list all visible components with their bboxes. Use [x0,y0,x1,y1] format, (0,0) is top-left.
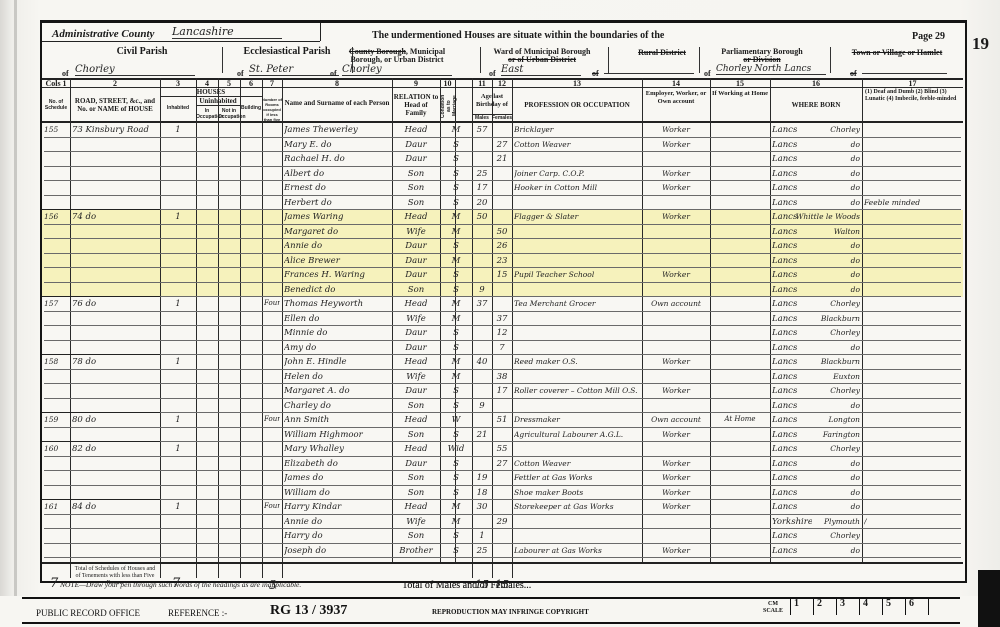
age-male: 40 [474,357,490,367]
occupation: Shoe maker Boots [514,488,640,497]
footer-reference-label: REFERENCE :- [168,608,227,618]
birth-place: Chorley [772,125,860,134]
marital-condition: S [442,198,470,208]
person-name: Ellen do [284,314,390,324]
marital-condition: Wid [442,444,470,454]
relation-to-head: Daur [394,270,438,280]
birth-place: do [772,473,860,482]
town-village-prefix: of [850,69,857,78]
age-male: 1 [474,531,490,541]
scale-mark: 2 [813,598,835,615]
inhabited-count: 1 [162,299,194,309]
marital-condition: S [442,343,470,353]
col-address-header: ROAD, STREET, &c., and No. or NAME of HO… [71,97,159,113]
ward-label: Ward of Municipal Borough or of Urban Di… [482,48,602,64]
scale-mark-end [928,598,958,615]
birth-place: do [772,198,860,207]
schedule-number: 156 [44,212,68,221]
household-rule [42,412,160,413]
age-male: 21 [474,430,490,440]
birth-place: do [772,241,860,250]
birth-place: do [772,401,860,410]
relation-to-head: Son [394,473,438,483]
column-number: 4 [196,79,218,88]
relation-to-head: Head [394,444,438,454]
footer-scale-label: CM SCALE [762,601,784,615]
parliamentary-label-struck: or Division [743,55,780,64]
inhabited-count: 1 [162,125,194,135]
rooms-count: Four [264,415,280,423]
column-number: 14 [642,79,710,88]
person-name: Alice Brewer [284,256,390,266]
age-male: 37 [474,299,490,309]
age-male: 25 [474,546,490,556]
relation-to-head: Son [394,169,438,179]
person-name: Mary Whalley [284,444,390,454]
rooms-count: Four [264,502,280,510]
column-number: 3 [160,79,196,88]
birth-place: Whittle le Woods [772,212,860,221]
age-female: 50 [494,227,510,237]
borough-prefix: of [330,69,337,78]
footer-office: PUBLIC RECORD OFFICE [36,608,140,618]
marital-condition: M [442,227,470,237]
col-males-header: Males [472,115,492,121]
age-female: 23 [494,256,510,266]
age-female: 55 [494,444,510,454]
person-name: Joseph do [284,546,390,556]
marital-condition: M [442,357,470,367]
person-name: Charley do [284,401,390,411]
marital-condition: S [442,183,470,193]
house-address: 73 Kinsbury Road [72,125,158,135]
birth-place: do [772,169,860,178]
person-name: Thomas Heyworth [284,299,390,309]
column-number: 7 [262,79,282,88]
col-houses-header: HOUSES [160,88,262,96]
eccl-parish-prefix: of [237,69,244,78]
relation-to-head: Brother [394,546,438,556]
marital-condition: S [442,546,470,556]
age-male: 25 [474,169,490,179]
employment-status: Worker [644,270,708,279]
col-age-header: Age last Birthday of [472,93,512,109]
marital-condition: S [442,488,470,498]
column-number: 12 [492,79,512,88]
household-rule [42,354,160,355]
schedule-number: 161 [44,502,68,511]
age-male: 9 [474,285,490,295]
birth-place: do [772,488,860,497]
eccl-parish-label: Ecclesiastical Parish [232,47,342,57]
age-male: 18 [474,488,490,498]
divider [480,47,481,73]
person-name: James Waring [284,212,390,222]
age-male: 30 [474,502,490,512]
person-name: Annie do [284,517,390,527]
marital-condition: S [442,459,470,469]
ward-prefix: of [489,69,496,78]
col-employment-header: Employer, Worker, or Own account [643,90,709,106]
ward-value: East [501,64,581,76]
birth-place: do [772,502,860,511]
relation-to-head: Wife [394,517,438,527]
occupation: Roller coverer – Cotton Mill O.S. [514,386,640,395]
marital-condition: M [442,125,470,135]
person-name: Harry do [284,531,390,541]
col-infirmity-header: (1) Deaf and Dumb (2) Blind (3) Lunatic … [865,89,960,103]
relation-to-head: Daur [394,343,438,353]
rooms-count: Four [264,299,280,307]
col-inhabited-header: Inhabited [160,105,196,111]
birth-place: Chorley [772,386,860,395]
column-number: 17 [862,79,963,88]
relation-to-head: Head [394,299,438,309]
column-number: 2 [70,79,160,88]
marital-condition: S [442,531,470,541]
occupation: Hooker in Cotton Mill [514,183,640,192]
scale-mark: 3 [836,598,858,615]
birth-place: Chorley [772,299,860,308]
employment-status: Worker [644,502,708,511]
town-village-value [862,73,947,74]
scale-mark: 1 [790,598,812,615]
person-name: Elizabeth do [284,459,390,469]
marital-condition: S [442,430,470,440]
footer-reference: RG 13 / 3937 [270,603,347,619]
relation-to-head: Daur [394,386,438,396]
age-male: 17 [474,183,490,193]
relation-to-head: Wife [394,227,438,237]
marital-condition: M [442,372,470,382]
scale-mark: 6 [905,598,927,615]
marital-condition: M [442,299,470,309]
town-village-label: Town or Village or Hamlet [832,48,962,58]
ward-label-struck: or of Urban District [508,55,576,64]
house-address: 80 do [72,415,158,425]
occupation: Pupil Teacher School [514,270,640,279]
borough-label-line2: Borough, or Urban District [350,55,443,64]
col-schedule-header: No. of Schedule [43,99,69,111]
relation-to-head: Head [394,357,438,367]
occupation: Cotton Weaver [514,459,640,468]
occupation: Dressmaker [514,415,640,424]
column-number: 16 [770,79,862,88]
age-female: 27 [494,459,510,469]
inhabited-count: 1 [162,444,194,454]
birth-place: do [772,183,860,192]
age-male: 19 [474,473,490,483]
col-name-header: Name and Surname of each Person [283,99,391,107]
civil-parish-label: Civil Parish [82,47,202,57]
inhabited-count: 1 [162,357,194,367]
schedule-number: 158 [44,357,68,366]
person-name: Frances H. Waring [284,270,390,280]
person-name: Helen do [284,372,390,382]
marital-condition: S [442,473,470,483]
note-text: NOTE—Draw your pen through such words of… [60,580,301,589]
birth-place: Walton [772,227,860,236]
footer-copyright: REPRODUCTION MAY INFRINGE COPYRIGHT [432,608,589,616]
relation-to-head: Son [394,430,438,440]
age-female: 51 [494,415,510,425]
col-building-header: Building [240,105,262,111]
marital-condition: S [442,401,470,411]
relation-to-head: Daur [394,241,438,251]
age-male: 9 [474,401,490,411]
infirmity: Feeble minded [864,198,961,207]
household-rule [42,296,160,297]
relation-to-head: Daur [394,256,438,266]
person-name: Ann Smith [284,415,390,425]
marital-condition: S [442,386,470,396]
house-address: 74 do [72,212,158,222]
employment-status: Worker [644,430,708,439]
column-number: Cols 1 [42,79,70,88]
birth-place: do [772,154,860,163]
house-address: 76 do [72,299,158,309]
birth-place: do [772,285,860,294]
relation-to-head: Son [394,285,438,295]
relation-to-head: Daur [394,154,438,164]
birth-place: Blackburn [772,357,860,366]
occupation: Fettler at Gas Works [514,473,640,482]
occupation: Tea Merchant Grocer [514,299,640,308]
employment-status: Worker [644,546,708,555]
occupation: Reed maker O.S. [514,357,640,366]
person-name: James do [284,473,390,483]
relation-to-head: Head [394,125,438,135]
admin-county-value: Lancashire [172,25,282,39]
age-female: 27 [494,140,510,150]
household-rule [42,441,160,442]
birth-place: Chorley [772,328,860,337]
footer-rule-bottom [22,622,960,624]
relation-to-head: Daur [394,140,438,150]
folio-number: 19 [972,34,989,54]
rural-district-value [604,73,694,74]
civil-parish-value: Chorley [75,64,195,76]
page-edge [14,0,17,600]
inhabited-count: 1 [162,502,194,512]
marital-condition: S [442,154,470,164]
borough-label: County Borough, Municipal Borough, or Ur… [327,48,467,64]
relation-to-head: Son [394,183,438,193]
marital-condition: S [442,140,470,150]
birth-place: Farington [772,430,860,439]
marital-condition: M [442,502,470,512]
parliamentary-label: Parliamentary Borough or Division [702,48,822,64]
birth-place: Euxton [772,372,860,381]
divider [320,23,321,41]
employment-status: Worker [644,473,708,482]
marital-condition: S [442,241,470,251]
relation-to-head: Head [394,502,438,512]
column-number: 10 [440,79,455,88]
inhabited-count: 1 [162,415,194,425]
employment-status: Worker [644,125,708,134]
household-rule [42,499,160,500]
col-females-header: Females [492,115,512,121]
birth-place: Plymouth [772,517,860,526]
occupation: Flagger & Slater [514,212,640,221]
person-name: Annie do [284,241,390,251]
totals-cell [283,564,472,578]
employment-status: Worker [644,183,708,192]
schedule-number: 159 [44,415,68,424]
house-address: 84 do [72,502,158,512]
age-female: 38 [494,372,510,382]
relation-to-head: Daur [394,328,438,338]
age-female: 29 [494,517,510,527]
age-female: 7 [494,343,510,353]
marital-condition: S [442,285,470,295]
age-female: 15 [494,270,510,280]
marital-condition: S [442,169,470,179]
household-rule [42,209,160,210]
marital-condition: W [442,415,470,425]
col-relation-header: RELATION to Head of Family [393,93,439,117]
col-in-occupation-header: In Occupation [196,108,218,120]
relation-to-head: Son [394,401,438,411]
column-number: 15 [710,79,770,88]
total-schedules: 7 [50,576,58,591]
schedule-number: 160 [44,444,68,453]
relation-to-head: Daur [394,459,438,469]
occupation: Agricultural Labourer A.G.L. [514,430,640,439]
totals-persons-label: Total of Males and of Females... [402,580,531,591]
table-rule [512,562,963,564]
col-at-home-header: If Working at Home [711,90,769,98]
schedule-number: 155 [44,125,68,134]
house-address: 82 do [72,444,158,454]
person-name: Margaret do [284,227,390,237]
census-form: Administrative County Lancashire The und… [40,20,967,583]
employment-status: Worker [644,386,708,395]
age-female: 17 [494,386,510,396]
person-name: Albert do [284,169,390,179]
employment-status: Worker [644,488,708,497]
age-male: 57 [474,125,490,135]
marital-condition: S [442,270,470,280]
working-at-home: At Home [712,415,768,423]
occupation: Labourer at Gas Works [514,546,640,555]
column-number: 8 [282,79,392,88]
employment-status: Worker [644,140,708,149]
age-female: 12 [494,328,510,338]
marital-condition: M [442,314,470,324]
person-name: Amy do [284,343,390,353]
column-number: 13 [512,79,642,88]
column-number: 5 [218,79,240,88]
column-number: 6 [240,79,262,88]
scale-mark: 4 [859,598,881,615]
col-not-occupation-header: Not in Occupation [218,108,240,120]
person-name: William Highmoor [284,430,390,440]
age-male: 50 [474,212,490,222]
birth-place: do [772,546,860,555]
birth-place: Longton [772,415,860,424]
schedule-number: 157 [44,299,68,308]
employment-status: Worker [644,357,708,366]
person-name: James Thewerley [284,125,390,135]
divider [42,41,320,42]
employment-status: Own account [644,415,708,424]
birth-place: do [772,459,860,468]
house-address: 78 do [72,357,158,367]
relation-to-head: Wife [394,314,438,324]
person-name: Ernest do [284,183,390,193]
parliamentary-prefix: of [704,69,711,78]
birth-place: Chorley [772,444,860,453]
person-name: William do [284,488,390,498]
birth-place: do [772,270,860,279]
inhabited-count: 1 [162,212,194,222]
scan-edge [978,570,1000,627]
scale-mark: 5 [882,598,904,615]
divider [830,47,831,73]
age-female: 37 [494,314,510,324]
occupation: Storekeeper at Gas Works [514,502,640,511]
civil-parish-prefix: of [62,69,69,78]
rural-district-label: Rural District [612,48,712,58]
col-occupation-header: PROFESSION OR OCCUPATION [513,101,641,109]
birth-place: do [772,256,860,265]
eccl-parish-value: St. Peter [249,64,339,76]
marital-condition: M [442,212,470,222]
occupation: Cotton Weaver [514,140,640,149]
relation-to-head: Wife [394,372,438,382]
col-uninhabited-header: Uninhabited [196,97,240,105]
page-label: Page 29 [912,31,945,42]
divider [222,47,223,73]
intro-text: The undermentioned Houses are situate wi… [372,30,664,41]
marital-condition: S [442,328,470,338]
divider [608,47,609,73]
person-name: John E. Hindle [284,357,390,367]
age-female: 21 [494,154,510,164]
marital-condition: M [442,256,470,266]
relation-to-head: Head [394,415,438,425]
relation-to-head: Son [394,198,438,208]
infirmity: / [864,517,961,526]
employment-status: Worker [644,212,708,221]
person-name: Benedict do [284,285,390,295]
admin-county-label: Administrative County [52,28,154,40]
person-name: Minnie do [284,328,390,338]
person-name: Rachael H. do [284,154,390,164]
age-male: 20 [474,198,490,208]
birth-place: do [772,343,860,352]
relation-to-head: Son [394,531,438,541]
person-name: Margaret A. do [284,386,390,396]
column-number: 9 [392,79,440,88]
col-condition-header: Condition as to Marriage [440,93,455,119]
person-name: Harry Kindar [284,502,390,512]
employment-status: Worker [644,459,708,468]
parliamentary-value: Chorley North Lancs [716,64,826,75]
blank-area [513,564,963,578]
age-female: 26 [494,241,510,251]
occupation: Bricklayer [514,125,640,134]
birth-place: do [772,140,860,149]
table-rule [196,105,240,106]
employment-status: Worker [644,169,708,178]
divider [699,47,700,73]
marital-condition: M [442,517,470,527]
person-name: Herbert do [284,198,390,208]
relation-to-head: Head [394,212,438,222]
